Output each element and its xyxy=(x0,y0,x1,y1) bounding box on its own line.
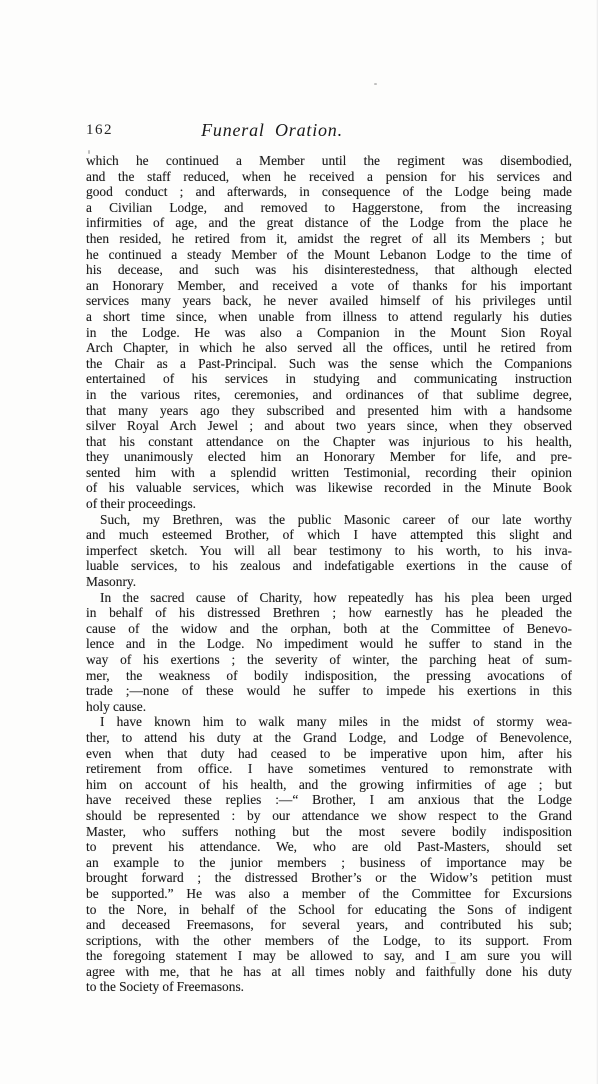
text-line: that his constant attendance on the Chap… xyxy=(86,434,572,450)
text-line: way of his exertions ; the severity of w… xyxy=(86,652,572,668)
text-line: agree with me, that he has at all times … xyxy=(86,964,572,980)
page-header: 162 Funeral Oration. xyxy=(0,120,598,144)
text-line: and the staff reduced, when he received … xyxy=(86,169,572,185)
text-line: the foregoing statement I may be allowed… xyxy=(86,948,572,964)
text-line: he continued a steady Member of the Moun… xyxy=(86,247,572,263)
text-line: have received these replies :—“ Brother,… xyxy=(86,792,572,808)
paragraph: I have known him to walk many miles in t… xyxy=(86,714,572,995)
text-line: brought forward ; the distressed Brother… xyxy=(86,870,572,886)
text-line: scriptions, with the other members of th… xyxy=(86,933,572,949)
text-line: mer, the weakness of bodily indispositio… xyxy=(86,668,572,684)
text-line: in the Lodge. He was also a Companion in… xyxy=(86,325,572,341)
text-line: of his valuable services, which was like… xyxy=(86,480,572,496)
running-title: Funeral Oration. xyxy=(0,120,571,141)
text-line: a short time since, when unable from ill… xyxy=(86,309,572,325)
text-line: even when that duty had ceased to be imp… xyxy=(86,746,572,762)
text-line: sented him with a splendid written Testi… xyxy=(86,465,572,481)
text-line: a Civilian Lodge, and removed to Haggers… xyxy=(86,200,572,216)
text-line: Arch Chapter, in which he also served al… xyxy=(86,340,572,356)
text-line: to the Society of Freemasons. xyxy=(86,979,572,995)
text-line: the Chair as a Past-Principal. Such was … xyxy=(86,356,572,372)
text-line: him on account of his health, and the gr… xyxy=(86,777,572,793)
text-line: to prevent his attendance. We, who are o… xyxy=(86,839,572,855)
text-line: an Honorary Member, and received a vote … xyxy=(86,278,572,294)
text-line: which he continued a Member until the re… xyxy=(86,153,572,169)
paragraph: which he continued a Member until the re… xyxy=(86,153,572,512)
text-line: cause of the widow and the orphan, both … xyxy=(86,621,572,637)
text-line: and much esteemed Brother, of which I ha… xyxy=(86,527,572,543)
text-line: they unanimously elected him an Honorary… xyxy=(86,449,572,465)
body-text: which he continued a Member until the re… xyxy=(86,153,572,995)
text-line: lence and in the Lodge. No impediment wo… xyxy=(86,636,572,652)
scanned-page: 162 Funeral Oration. which he continued … xyxy=(0,0,598,1084)
text-line: should be represented : by our attendanc… xyxy=(86,808,572,824)
text-line: retirement from office. I have sometimes… xyxy=(86,761,572,777)
text-line: holy cause. xyxy=(86,699,572,715)
text-line: In the sacred cause of Charity, how repe… xyxy=(86,590,572,606)
text-line: Master, who suffers nothing but the most… xyxy=(86,824,572,840)
text-line: and deceased Freemasons, for several yea… xyxy=(86,917,572,933)
text-line: then resided, he retired from it, amidst… xyxy=(86,231,572,247)
text-line: ther, to attend his duty at the Grand Lo… xyxy=(86,730,572,746)
text-line: in the various rites, ceremonies, and or… xyxy=(86,387,572,403)
paragraph: Such, my Brethren, was the public Masoni… xyxy=(86,512,572,590)
text-line: silver Royal Arch Jewel ; and about two … xyxy=(86,418,572,434)
text-line: his decease, and such was his disinteres… xyxy=(86,262,572,278)
text-line: to the Nore, in behalf of the School for… xyxy=(86,902,572,918)
text-line: infirmities of age, and the great distan… xyxy=(86,215,572,231)
text-line: of their proceedings. xyxy=(86,496,572,512)
text-line: in behalf of his distressed Brethren ; h… xyxy=(86,605,572,621)
text-line: trade ;—none of these would he suffer to… xyxy=(86,683,572,699)
scan-artifact xyxy=(374,83,377,85)
text-line: Masonry. xyxy=(86,574,572,590)
text-line: Such, my Brethren, was the public Masoni… xyxy=(86,512,572,528)
text-line: imperfect sketch. You will all bear test… xyxy=(86,543,572,559)
text-line: be supported.” He was also a member of t… xyxy=(86,886,572,902)
text-line: good conduct ; and afterwards, in conseq… xyxy=(86,184,572,200)
text-line: entertained of his services in studying … xyxy=(86,371,572,387)
text-line: an example to the junior members ; busin… xyxy=(86,855,572,871)
text-line: luable services, to his zealous and inde… xyxy=(86,558,572,574)
text-line: services many years back, he never avail… xyxy=(86,293,572,309)
text-line: that many years ago they subscribed and … xyxy=(86,403,572,419)
paragraph: In the sacred cause of Charity, how repe… xyxy=(86,590,572,715)
text-line: I have known him to walk many miles in t… xyxy=(86,714,572,730)
